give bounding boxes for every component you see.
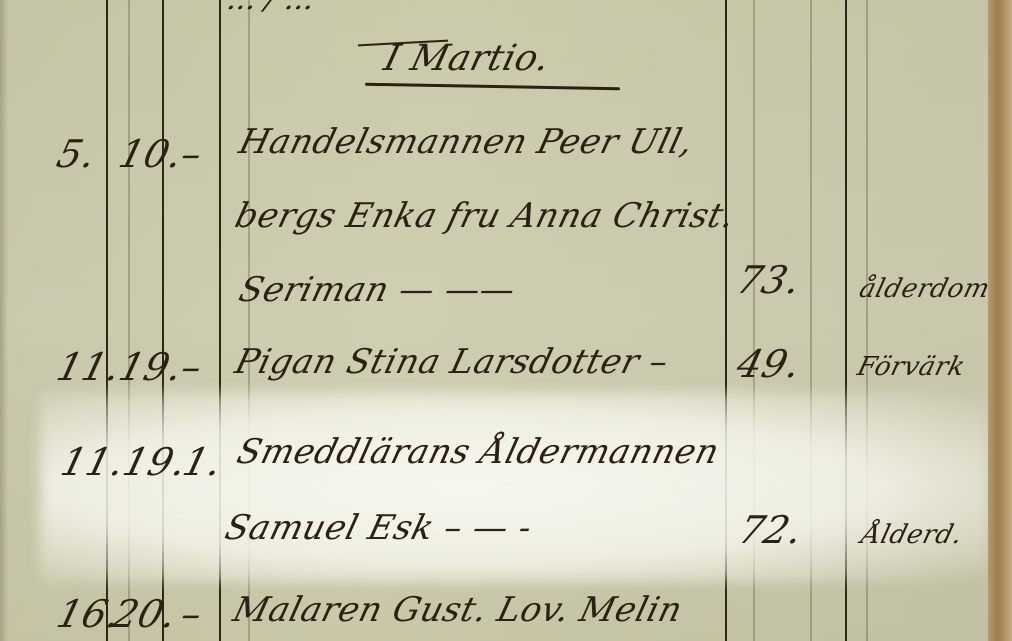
entry-description-line: Handelsmannen Peer Ull, — [235, 122, 698, 162]
top-fragment-text: ... / ... — [224, 0, 319, 17]
entry-cause: ålderdom — [856, 274, 993, 304]
entry-day: 19. — [115, 345, 188, 389]
entry-description-line: Seriman — —— — [235, 270, 520, 310]
entry-number: 11. — [53, 345, 126, 389]
heading-underline — [365, 83, 620, 90]
month-heading: I Martio. — [380, 38, 554, 79]
entry-cause: Ålderd. — [858, 520, 965, 550]
entry-number: 11. — [57, 440, 130, 484]
entry-number: 5. — [53, 132, 101, 176]
entry-extra: – — [177, 592, 207, 636]
entry-description-line: Pigan Stina Larsdotter – — [231, 342, 673, 382]
register-page: ... / ... I Martio. 5. 10. – Handelsmann… — [0, 0, 1012, 641]
entry-age: 49. — [733, 342, 806, 386]
entry-description-line: Smeddlärans Åldermannen — [233, 432, 723, 472]
page-left-edge — [0, 0, 8, 641]
book-spine — [988, 0, 1012, 641]
entry-age: 73. — [733, 258, 806, 302]
entry-cause: Förvärk — [854, 352, 968, 382]
entry-description-line: Malaren Gust. Lov. Melin — [229, 590, 686, 630]
entry-day: 10. — [115, 132, 188, 176]
entry-description-line: Samuel Esk – — - — [221, 508, 536, 548]
scan-glare — [40, 392, 990, 582]
entry-description-line: bergs Enka fru Anna Christ. — [231, 196, 739, 236]
entry-day: 20. — [109, 592, 182, 636]
entry-age: 72. — [735, 508, 808, 552]
